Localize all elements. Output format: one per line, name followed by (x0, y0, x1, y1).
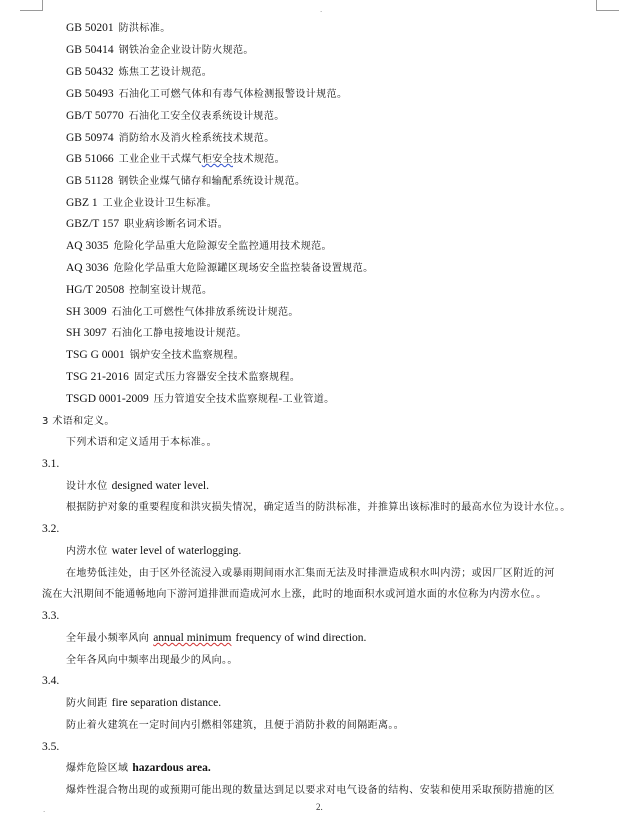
header-paragraph-mark: . (320, 6, 322, 14)
term-zh: 爆炸危险区域 (66, 763, 128, 774)
term-zh: 设计水位 (66, 481, 108, 492)
section-intro[interactable]: 下列术语和定义适用于本标准。。 (66, 435, 217, 449)
term-definition-text: 流在大汛期间不能通畅地向下游河道排泄而造成河水上涨，此时的地面积水或河道水面的水… (42, 589, 547, 600)
reference-item[interactable]: GB 51128钢铁企业煤气储存和输配系统设计规范。 (66, 174, 305, 188)
reference-item[interactable]: AQ 3036危险化学品重大危险源罐区现场安全监控装备设置规范。 (66, 261, 374, 275)
reference-code: HG/T 20508 (66, 284, 124, 296)
reference-item[interactable]: HG/T 20508控制室设计规范。 (66, 283, 212, 297)
reference-code: GB/T 50770 (66, 110, 124, 122)
reference-item[interactable]: GB 50414钢铁冶金企业设计防火规范。 (66, 43, 254, 57)
reference-title: 石油化工可燃气体和有毒气体检测报警设计规范。 (119, 89, 348, 100)
reference-item[interactable]: AQ 3035危险化学品重大危险源安全监控通用技术规范。 (66, 239, 332, 253)
margin-corner-mark-top-right (596, 0, 619, 11)
term-title[interactable]: 设计水位designed water level. (66, 479, 209, 493)
reference-title: 锅炉安全技术监察规程。 (130, 350, 244, 361)
term-number[interactable]: 3.5. (42, 740, 64, 754)
term-title[interactable]: 防火间距fire separation distance. (66, 696, 221, 710)
reference-item[interactable]: GB 50201防洪标准。 (66, 21, 171, 35)
term-title[interactable]: 内涝水位water level of waterlogging. (66, 544, 241, 558)
reference-code: TSG 21-2016 (66, 371, 129, 383)
reference-title: 石油化工静电接地设计规范。 (112, 328, 247, 339)
margin-corner-mark-top-left (20, 0, 43, 11)
term-definition[interactable]: 防止着火建筑在一定时间内引燃相邻建筑，且便于消防扑救的间隔距离。。 (66, 718, 404, 732)
term-number-text: 3.1. (42, 458, 59, 470)
grammar-flagged-text[interactable]: 柜安全 (202, 154, 233, 165)
term-number[interactable]: 3.2. (42, 522, 64, 536)
reference-code: GBZ/T 157 (66, 218, 119, 230)
term-definition-text: 全年各风向中频率出现最少的风向。。 (66, 655, 238, 666)
reference-code: GB 50974 (66, 132, 114, 144)
reference-title: 工业企业设计卫生标准。 (103, 198, 217, 209)
term-number[interactable]: 3.3. (42, 609, 64, 623)
document-page: . GB 50201防洪标准。 GB 50414钢铁冶金企业设计防火规范。 GB… (0, 0, 640, 814)
reference-code: SH 3097 (66, 327, 107, 339)
term-definition-text: 根据防护对象的重要程度和洪灾损失情况，确定适当的防洪标准，并推算出该标准时的最高… (66, 502, 571, 513)
page-number: 2. (316, 802, 323, 812)
reference-title-part: 技术规范。 (233, 154, 285, 165)
reference-title-part: 工业企业干式煤气 (119, 154, 202, 165)
reference-code: GB 50493 (66, 88, 114, 100)
footer-paragraph-mark: . (43, 806, 45, 814)
term-number-text: 3.3. (42, 610, 59, 622)
reference-item[interactable]: SH 3097石油化工静电接地设计规范。 (66, 326, 247, 340)
term-number-text: 3.5. (42, 741, 59, 753)
reference-code: TSGD 0001-2009 (66, 393, 149, 405)
term-definition[interactable]: 在地势低洼处，由于区外径流浸入或暴雨期间雨水汇集而无法及时排泄造成积水叫内涝；或… (66, 566, 555, 580)
reference-title: 消防给水及消火栓系统技术规范。 (119, 133, 275, 144)
section-heading-text: 3 术语和定义。 (42, 416, 115, 427)
reference-title: 防洪标准。 (119, 23, 171, 34)
term-en: fire separation distance. (112, 697, 222, 709)
reference-title: 压力管道安全技术监察规程-工业管道。 (154, 394, 335, 405)
reference-item[interactable]: TSG 21-2016固定式压力容器安全技术监察规程。 (66, 370, 300, 384)
term-definition-text: 防止着火建筑在一定时间内引燃相邻建筑，且便于消防扑救的间隔距离。。 (66, 720, 404, 731)
term-definition-continued[interactable]: 流在大汛期间不能通畅地向下游河道排泄而造成河水上涨，此时的地面积水或河道水面的水… (42, 587, 547, 601)
reference-item[interactable]: GB 50432炼焦工艺设计规范。 (66, 65, 212, 79)
reference-title: 危险化学品重大危险源罐区现场安全监控装备设置规范。 (114, 263, 374, 274)
reference-code: AQ 3035 (66, 240, 109, 252)
reference-title: 炼焦工艺设计规范。 (119, 67, 213, 78)
term-definition[interactable]: 爆炸性混合物出现的或预期可能出现的数量达到足以要求对电气设备的结构、安装和使用采… (66, 783, 555, 797)
term-zh: 全年最小频率风向 (66, 633, 149, 644)
reference-item[interactable]: GBZ/T 157职业病诊断名词术语。 (66, 217, 228, 231)
spelling-flagged-text[interactable]: annual minimum (153, 632, 231, 644)
reference-item[interactable]: GB 50974消防给水及消火栓系统技术规范。 (66, 131, 275, 145)
reference-code: GB 50414 (66, 44, 114, 56)
term-zh: 内涝水位 (66, 546, 108, 557)
reference-code: GB 50432 (66, 66, 114, 78)
term-number-text: 3.2. (42, 523, 59, 535)
section-heading[interactable]: 3 术语和定义。 (42, 414, 115, 428)
term-en: designed water level. (112, 480, 209, 492)
reference-title: 职业病诊断名词术语。 (124, 219, 228, 230)
reference-title: 石油化工可燃性气体排放系统设计规范。 (112, 307, 299, 318)
reference-title: 控制室设计规范。 (129, 285, 212, 296)
reference-code: SH 3009 (66, 306, 107, 318)
reference-item[interactable]: TSGD 0001-2009压力管道安全技术监察规程-工业管道。 (66, 392, 335, 406)
reference-title: 石油化工安全仪表系统设计规范。 (129, 111, 285, 122)
reference-item[interactable]: TSG G 0001锅炉安全技术监察规程。 (66, 348, 244, 362)
reference-code: GB 51128 (66, 175, 113, 187)
term-en: water level of waterlogging. (112, 545, 242, 557)
reference-code: AQ 3036 (66, 262, 109, 274)
term-en: frequency of wind direction. (235, 632, 366, 644)
term-zh: 防火间距 (66, 698, 108, 709)
reference-title: 危险化学品重大危险源安全监控通用技术规范。 (114, 241, 332, 252)
term-definition[interactable]: 根据防护对象的重要程度和洪灾损失情况，确定适当的防洪标准，并推算出该标准时的最高… (66, 500, 571, 514)
reference-item[interactable]: GBZ 1工业企业设计卫生标准。 (66, 196, 217, 210)
term-definition[interactable]: 全年各风向中频率出现最少的风向。。 (66, 653, 238, 667)
term-title[interactable]: 爆炸危险区域hazardous area. (66, 761, 211, 775)
term-number-text: 3.4. (42, 675, 59, 687)
term-definition-text: 在地势低洼处，由于区外径流浸入或暴雨期间雨水汇集而无法及时排泄造成积水叫内涝；或… (66, 568, 555, 579)
term-number[interactable]: 3.1. (42, 457, 64, 471)
reference-code: GB 50201 (66, 22, 114, 34)
term-en: hazardous area. (132, 762, 210, 774)
reference-item[interactable]: GB 50493石油化工可燃气体和有毒气体检测报警设计规范。 (66, 87, 347, 101)
reference-item[interactable]: SH 3009石油化工可燃性气体排放系统设计规范。 (66, 305, 299, 319)
section-intro-text: 下列术语和定义适用于本标准。。 (66, 437, 217, 448)
reference-code: TSG G 0001 (66, 349, 125, 361)
reference-item[interactable]: GB 51066工业企业干式煤气柜安全技术规范。 (66, 152, 285, 166)
reference-title: 钢铁企业煤气储存和输配系统设计规范。 (118, 176, 305, 187)
reference-item[interactable]: GB/T 50770石油化工安全仪表系统设计规范。 (66, 109, 285, 123)
term-definition-text: 爆炸性混合物出现的或预期可能出现的数量达到足以要求对电气设备的结构、安装和使用采… (66, 785, 555, 796)
reference-code: GBZ 1 (66, 197, 98, 209)
reference-title: 钢铁冶金企业设计防火规范。 (119, 45, 254, 56)
reference-code: GB 51066 (66, 153, 114, 165)
term-title[interactable]: 全年最小频率风向annual minimumfrequency of wind … (66, 631, 366, 645)
reference-title: 固定式压力容器安全技术监察规程。 (134, 372, 300, 383)
term-number[interactable]: 3.4. (42, 674, 64, 688)
